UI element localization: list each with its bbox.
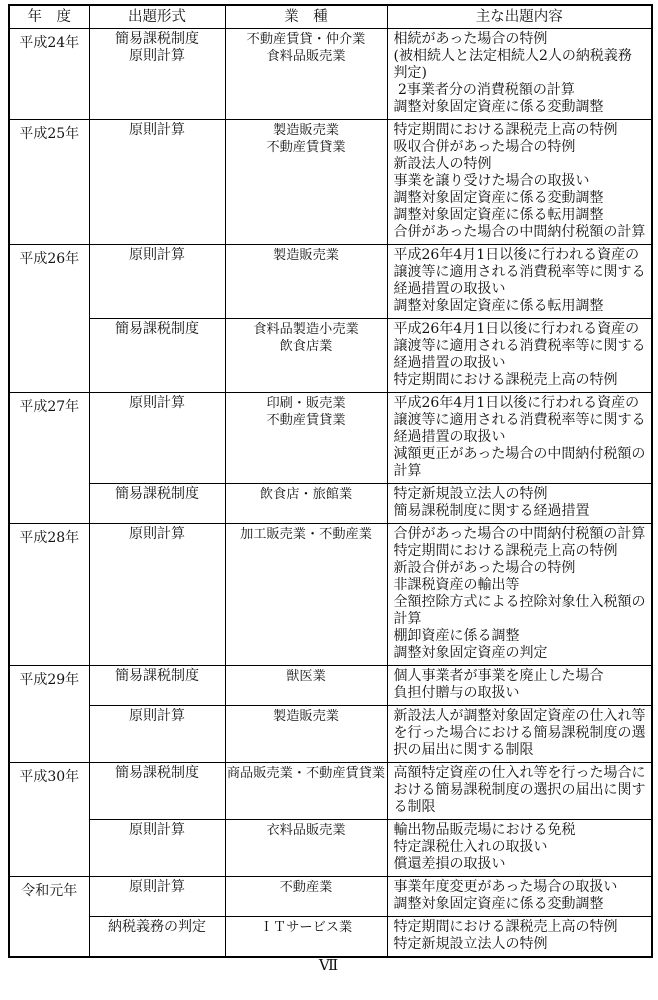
table-row: 平成27年 原則計算 印刷・販売業不動産賃貸業 平成26年4月1日以後に行われる… [9, 393, 652, 484]
industry-cell: 製造販売業 [225, 706, 387, 763]
industry-cell: 製造販売業 [225, 245, 387, 319]
table-row: 原則計算 製造販売業 新設法人が調整対象固定資産の仕入れ等を行った場合における簡… [9, 706, 652, 763]
format-cell: 原則計算 [89, 820, 225, 877]
year-cell: 平成24年 [9, 29, 89, 120]
topics-cell: 合併があった場合の中間納付税額の計算特定期間における課税売上高の特例新設合併があ… [387, 524, 652, 666]
format-cell: 簡易課税制度 [89, 319, 225, 393]
topics-cell: 平成26年4月1日以後に行われる資産の譲渡等に適用される消費税率等に関する経過措… [387, 319, 652, 393]
industry-cell: 不動産業 [225, 877, 387, 917]
industry-cell: 加工販売業・不動産業 [225, 524, 387, 666]
topics-cell: 相続があった場合の特例(被相続人と法定相続人2人の納税義務判定) 2事業者分の消… [387, 29, 652, 120]
table-row: 簡易課税制度 食料品製造小売業飲食店業 平成26年4月1日以後に行われる資産の譲… [9, 319, 652, 393]
industry-cell: 製造販売業不動産賃貸業 [225, 120, 387, 245]
topics-cell: 高額特定資産の仕入れ等を行った場合における簡易課税制度の選択の届出に関する制限 [387, 763, 652, 820]
exam-history-table: 年 度 出題形式 業 種 主な出題内容 平成24年 簡易課税制度原則計算 不動産… [8, 4, 653, 958]
topics-cell: 事業年度変更があった場合の取扱い調整対象固定資産に係る変動調整 [387, 877, 652, 917]
industry-cell: 商品販売業・不動産賃貸業 [225, 763, 387, 820]
format-cell: 原則計算 [89, 706, 225, 763]
table-row: 簡易課税制度 飲食店・旅館業 特定新規設立法人の特例簡易課税制度に関する経過措置 [9, 484, 652, 524]
industry-cell: 獣医業 [225, 666, 387, 706]
industry-cell: 印刷・販売業不動産賃貸業 [225, 393, 387, 484]
format-cell: 原則計算 [89, 393, 225, 484]
industry-cell: 不動産賃貸・仲介業食料品販売業 [225, 29, 387, 120]
year-cell: 平成26年 [9, 245, 89, 393]
topics-cell: 平成26年4月1日以後に行われる資産の譲渡等に適用される消費税率等に関する経過措… [387, 245, 652, 319]
topics-cell: 特定期間における課税売上高の特例吸収合併があった場合の特例新設法人の特例事業を譲… [387, 120, 652, 245]
format-cell: 簡易課税制度 [89, 484, 225, 524]
format-cell: 納税義務の判定 [89, 917, 225, 958]
year-cell: 平成28年 [9, 524, 89, 666]
page-number: Ⅶ [0, 956, 658, 974]
table-row: 平成28年 原則計算 加工販売業・不動産業 合併があった場合の中間納付税額の計算… [9, 524, 652, 666]
table-row: 平成30年 簡易課税制度 商品販売業・不動産賃貸業 高額特定資産の仕入れ等を行っ… [9, 763, 652, 820]
format-cell: 簡易課税制度 [89, 666, 225, 706]
topics-cell: 平成26年4月1日以後に行われる資産の譲渡等に適用される消費税率等に関する経過措… [387, 393, 652, 484]
industry-cell: 飲食店・旅館業 [225, 484, 387, 524]
column-header-industry: 業 種 [225, 5, 387, 29]
year-cell: 令和元年 [9, 877, 89, 958]
format-cell: 簡易課税制度 [89, 763, 225, 820]
topics-cell: 輸出物品販売場における免税特定課税仕入れの取扱い償還差損の取扱い [387, 820, 652, 877]
format-cell: 原則計算 [89, 524, 225, 666]
column-header-format: 出題形式 [89, 5, 225, 29]
format-cell: 簡易課税制度原則計算 [89, 29, 225, 120]
format-cell: 原則計算 [89, 877, 225, 917]
table-row: 平成29年 簡易課税制度 獣医業 個人事業者が事業を廃止した場合負担付贈与の取扱… [9, 666, 652, 706]
year-cell: 平成29年 [9, 666, 89, 763]
format-cell: 原則計算 [89, 120, 225, 245]
year-cell: 平成27年 [9, 393, 89, 524]
topics-cell: 特定新規設立法人の特例簡易課税制度に関する経過措置 [387, 484, 652, 524]
document-page: 年 度 出題形式 業 種 主な出題内容 平成24年 簡易課税制度原則計算 不動産… [0, 0, 658, 1000]
industry-cell: 食料品製造小売業飲食店業 [225, 319, 387, 393]
table-row: 平成24年 簡易課税制度原則計算 不動産賃貸・仲介業食料品販売業 相続があった場… [9, 29, 652, 120]
topics-cell: 新設法人が調整対象固定資産の仕入れ等を行った場合における簡易課税制度の選択の届出… [387, 706, 652, 763]
industry-cell: 衣料品販売業 [225, 820, 387, 877]
year-cell: 平成25年 [9, 120, 89, 245]
table-row: 原則計算 衣料品販売業 輸出物品販売場における免税特定課税仕入れの取扱い償還差損… [9, 820, 652, 877]
industry-cell: ＩＴサービス業 [225, 917, 387, 958]
table-row: 平成26年 原則計算 製造販売業 平成26年4月1日以後に行われる資産の譲渡等に… [9, 245, 652, 319]
format-cell: 原則計算 [89, 245, 225, 319]
column-header-topics: 主な出題内容 [387, 5, 652, 29]
header-row: 年 度 出題形式 業 種 主な出題内容 [9, 5, 652, 29]
table-row: 令和元年 原則計算 不動産業 事業年度変更があった場合の取扱い調整対象固定資産に… [9, 877, 652, 917]
table-row: 納税義務の判定 ＩＴサービス業 特定期間における課税売上高の特例特定新規設立法人… [9, 917, 652, 958]
table-row: 平成25年 原則計算 製造販売業不動産賃貸業 特定期間における課税売上高の特例吸… [9, 120, 652, 245]
topics-cell: 特定期間における課税売上高の特例特定新規設立法人の特例 [387, 917, 652, 958]
topics-cell: 個人事業者が事業を廃止した場合負担付贈与の取扱い [387, 666, 652, 706]
column-header-year: 年 度 [9, 5, 89, 29]
year-cell: 平成30年 [9, 763, 89, 877]
